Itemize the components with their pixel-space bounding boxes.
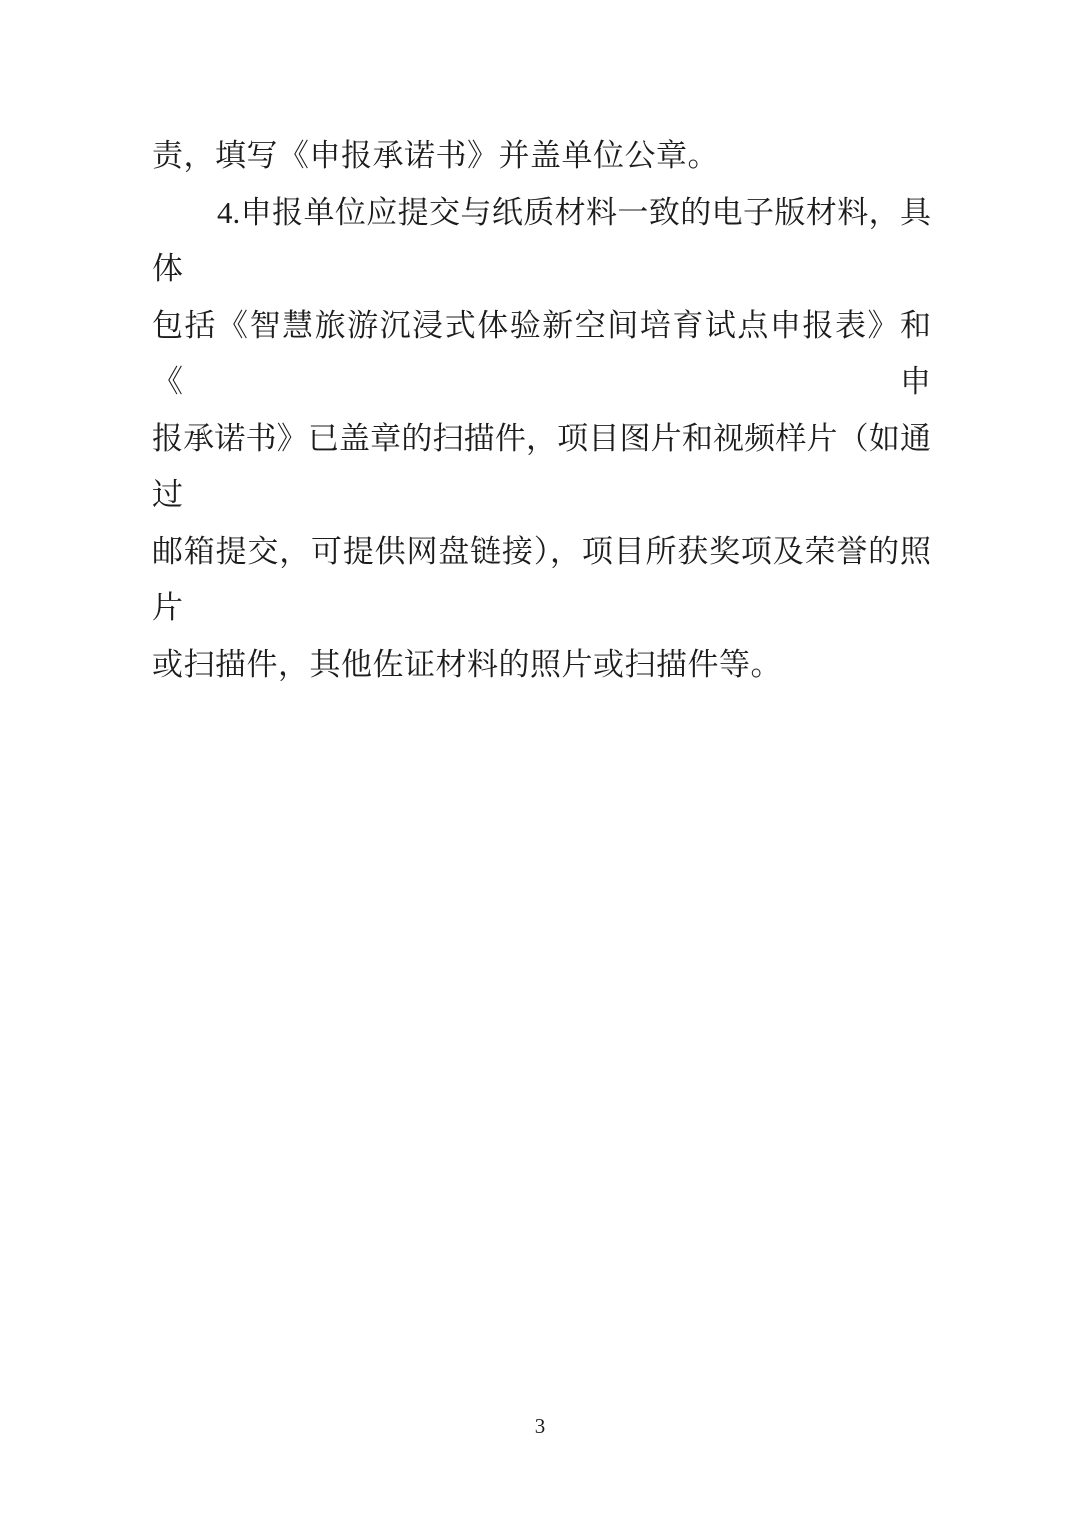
page-number: 3 bbox=[0, 1414, 1080, 1439]
document-body: 责，填写《申报承诺书》并盖单位公章。 4.申报单位应提交与纸质材料一致的电子版材… bbox=[152, 128, 931, 693]
document-page: 责，填写《申报承诺书》并盖单位公章。 4.申报单位应提交与纸质材料一致的电子版材… bbox=[0, 0, 1080, 1528]
text-line-2: 4.申报单位应提交与纸质材料一致的电子版材料，具体 bbox=[152, 185, 931, 298]
text-line-5: 邮箱提交，可提供网盘链接），项目所获奖项及荣誉的照片 bbox=[152, 524, 931, 637]
text-line-6: 或扫描件，其他佐证材料的照片或扫描件等。 bbox=[152, 637, 931, 694]
text-line-1: 责，填写《申报承诺书》并盖单位公章。 bbox=[152, 128, 931, 185]
text-line-4: 报承诺书》已盖章的扫描件，项目图片和视频样片（如通过 bbox=[152, 411, 931, 524]
text-line-3: 包括《智慧旅游沉浸式体验新空间培育试点申报表》和《申 bbox=[152, 298, 931, 411]
